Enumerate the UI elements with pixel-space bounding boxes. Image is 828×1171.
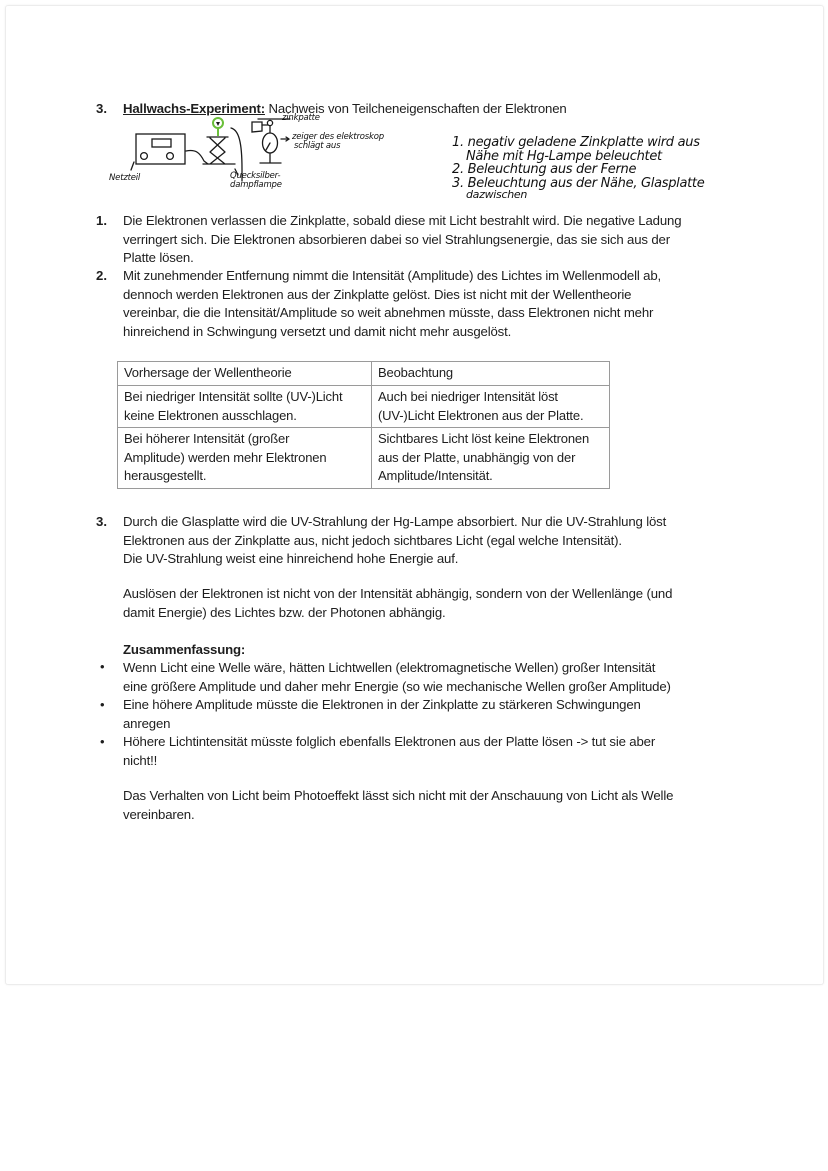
- summary-final-statement: Das Verhalten von Licht beim Photoeffekt…: [123, 787, 673, 824]
- table-header-prediction: Vorhersage der Wellentheorie: [118, 362, 372, 386]
- table-row: Bei niedriger Intensität sollte (UV-)Lic…: [118, 386, 610, 428]
- table-header-row: Vorhersage der Wellentheorie Beobachtung: [118, 362, 610, 386]
- comparison-table: Vorhersage der Wellentheorie Beobachtung…: [117, 361, 610, 489]
- label-netzteil: Netzteil: [109, 174, 140, 183]
- summary-bullet-2: Eine höhere Amplitude müsste die Elektro…: [123, 696, 641, 733]
- table-cell: Sichtbares Licht löst keine Elektronenau…: [372, 428, 610, 489]
- label-zeiger: zeiger des elektroskop schlägt aus: [292, 133, 384, 151]
- table-cell: Auch bei niedriger Intensität löst(UV-)L…: [372, 386, 610, 428]
- table-cell: Bei niedriger Intensität sollte (UV-)Lic…: [118, 386, 372, 428]
- observation-3-number: 3.: [96, 514, 107, 529]
- summary-bullet-1: Wenn Licht eine Welle wäre, hätten Licht…: [123, 659, 671, 696]
- label-zinkplatte: zinkpatte: [282, 114, 320, 123]
- table-cell: Bei höherer Intensität (großerAmplitude)…: [118, 428, 372, 489]
- note-2: 2. Beleuchtung aus der Ferne: [452, 163, 704, 177]
- note-3: 3. Beleuchtung aus der Nähe, Glasplatte …: [452, 177, 704, 200]
- table-header-observation: Beobachtung: [372, 362, 610, 386]
- bullet-icon: •: [100, 697, 105, 712]
- note-1: 1. negativ geladene Zinkplatte wird aus …: [452, 136, 704, 163]
- summary-title: Zusammenfassung:: [123, 641, 245, 660]
- observation-2: Mit zunehmender Entfernung nimmt die Int…: [123, 267, 661, 341]
- handwritten-notes: 1. negativ geladene Zinkplatte wird aus …: [452, 136, 704, 199]
- observation-2-number: 2.: [96, 268, 107, 283]
- bullet-icon: •: [100, 659, 105, 674]
- summary-bullet-3: Höhere Lichtintensität müsste folglich e…: [123, 733, 655, 770]
- observation-3-conclusion: Auslösen der Elektronen ist nicht von de…: [123, 585, 672, 622]
- observation-3: Durch die Glasplatte wird die UV-Strahlu…: [123, 513, 666, 569]
- bullet-icon: •: [100, 734, 105, 749]
- table-row: Bei höherer Intensität (großerAmplitude)…: [118, 428, 610, 489]
- observation-1: Die Elektronen verlassen die Zinkplatte,…: [123, 212, 681, 268]
- observation-1-number: 1.: [96, 213, 107, 228]
- label-lamp: Quecksilber- dampflampe: [230, 172, 282, 190]
